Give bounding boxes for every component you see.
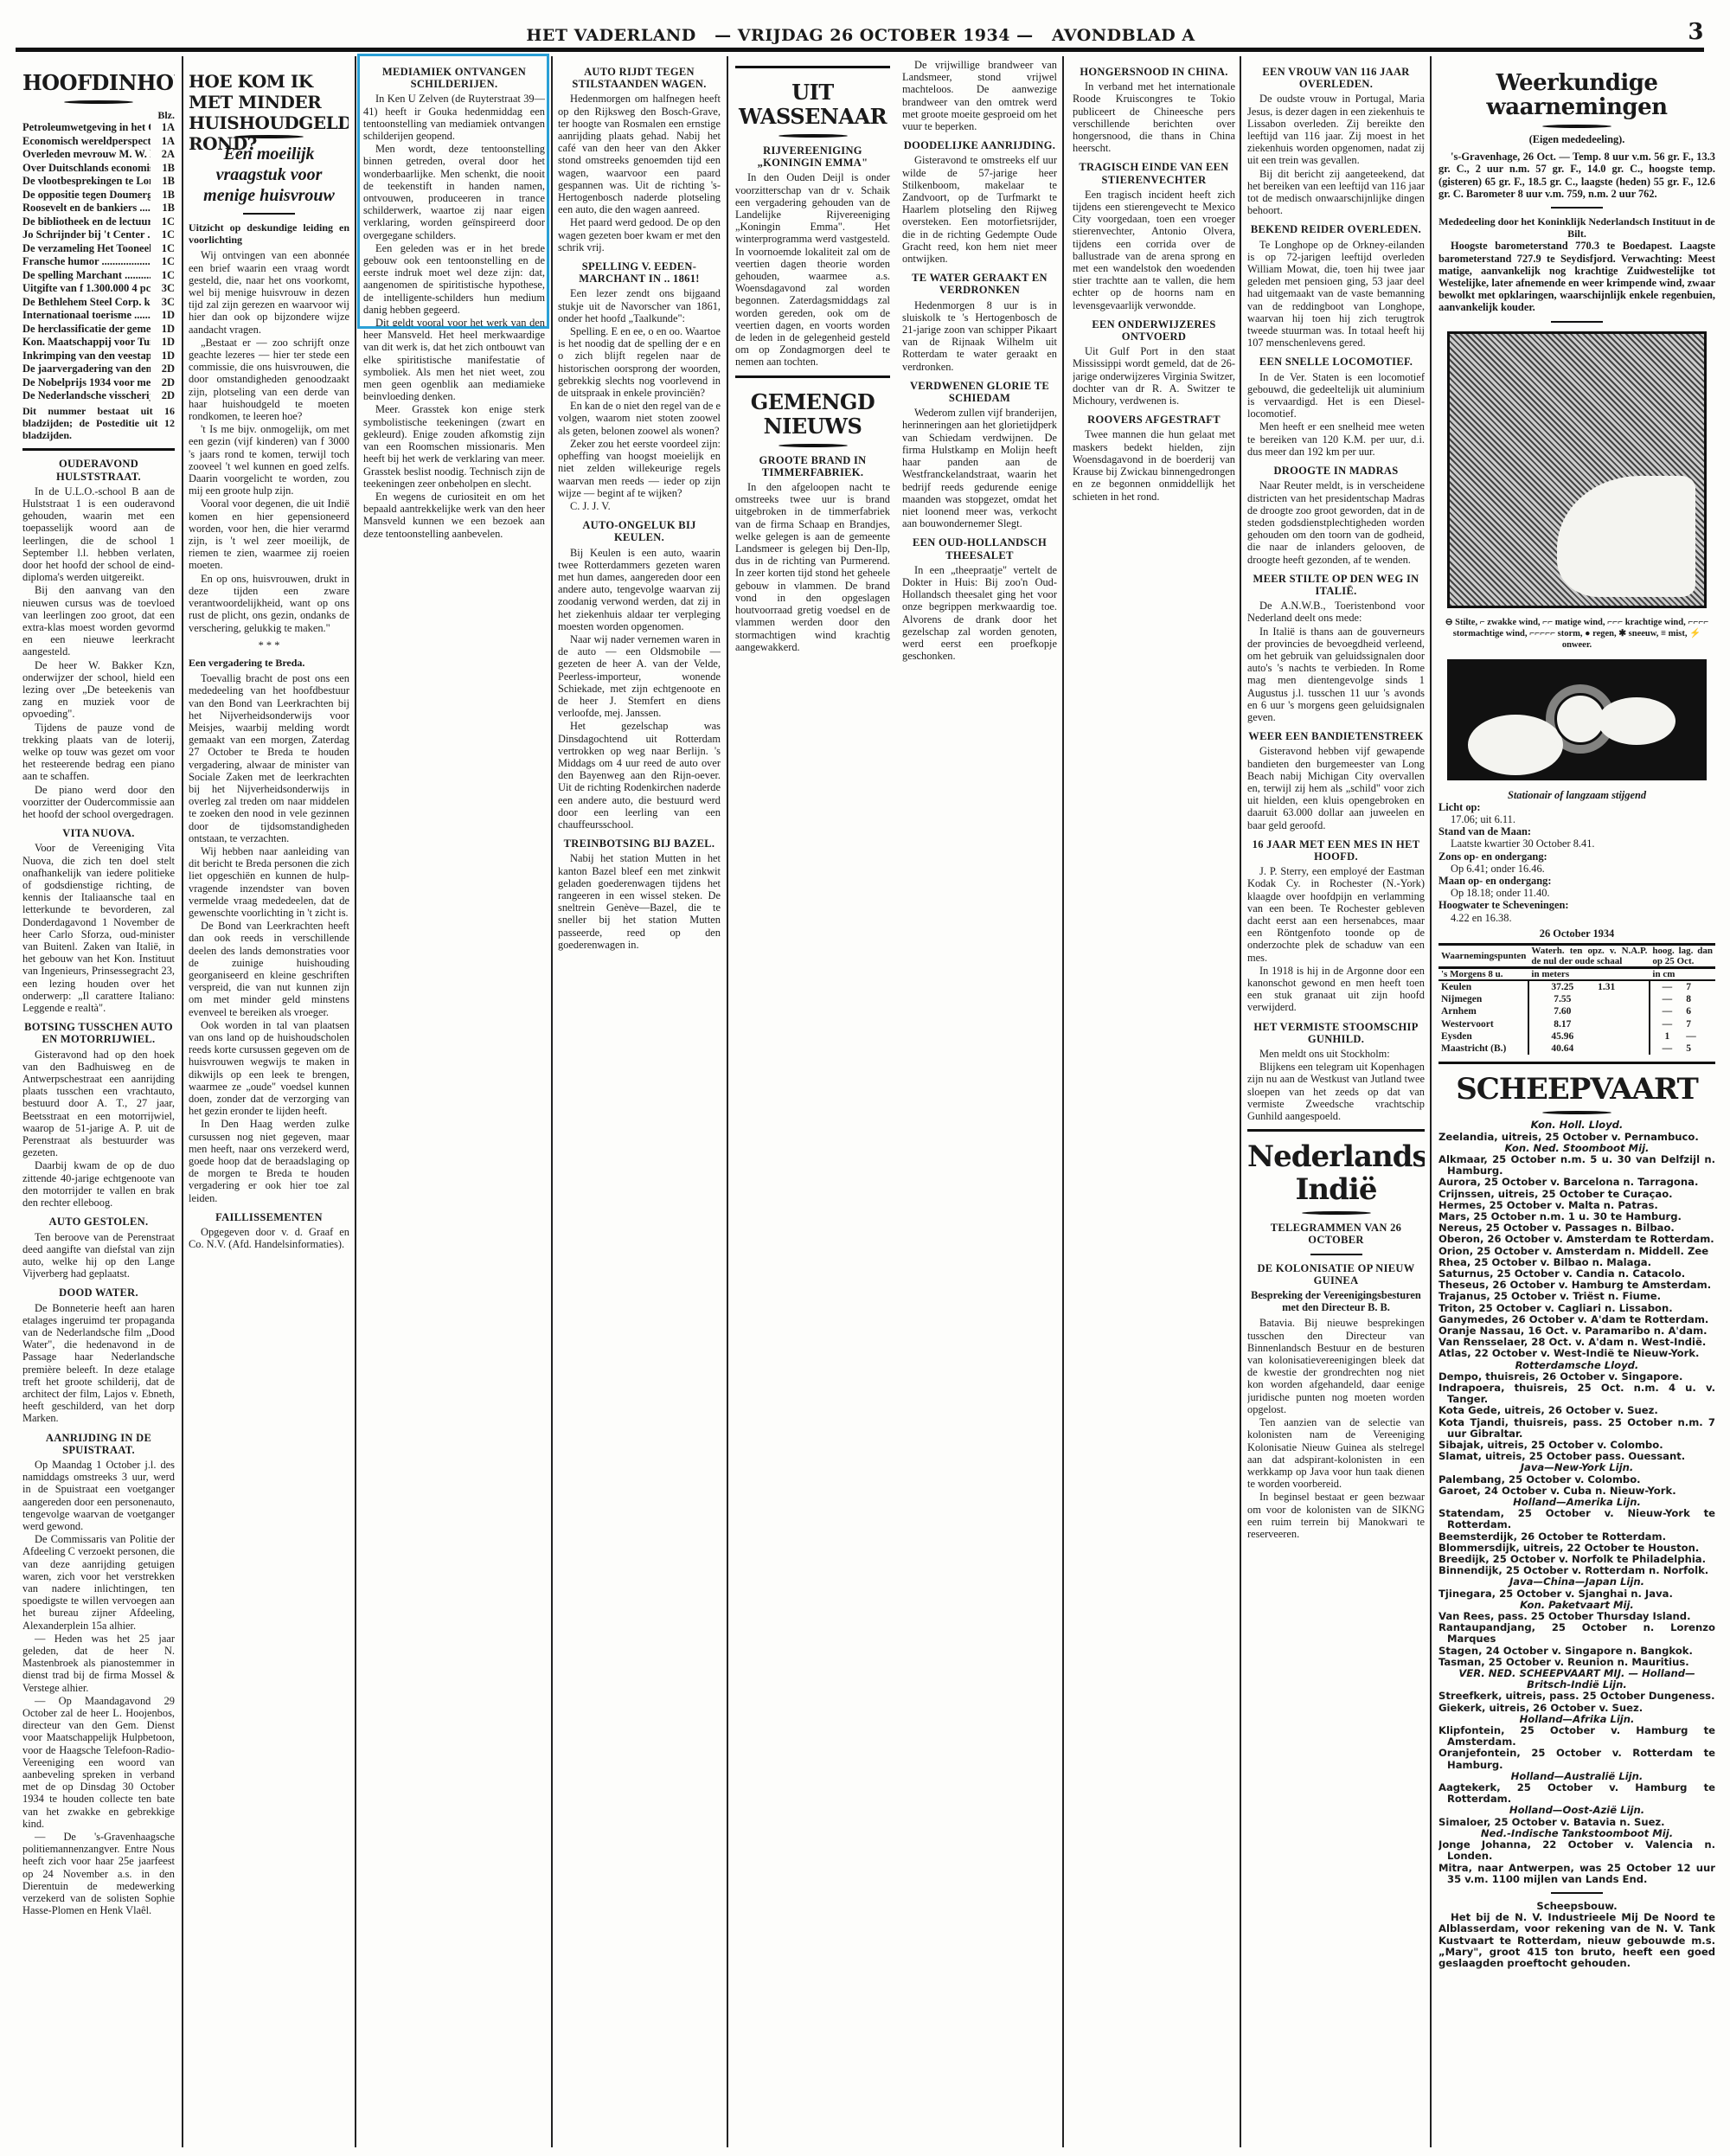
- ornament-rule: [1542, 1111, 1611, 1114]
- cell-oude: [1595, 993, 1650, 1005]
- divider: [735, 66, 890, 68]
- cell-place: Keulen: [1438, 980, 1528, 993]
- paragraph: Wij ontvingen van een abonnée een brief …: [189, 249, 349, 335]
- shipping-company: Holland—Oost-Azië Lijn.: [1438, 1805, 1715, 1816]
- toc-item-title: De bibliotheek en de lectuur van Gabriel…: [22, 215, 151, 229]
- toc-item-title: Jo Schrijnder bij 't Center: [22, 228, 151, 242]
- article-title: DROOGTE IN MADRAS: [1247, 465, 1425, 477]
- col-header: Waarnemingspunten: [1438, 945, 1528, 968]
- toc-item-page: 1C: [151, 228, 175, 242]
- paragraph: Naar wij nader vernemen waren in de auto…: [558, 633, 721, 719]
- shipping-item: Alkmaar, 25 October n.m. 5 u. 30 van Del…: [1438, 1154, 1715, 1177]
- toc-item-title: De oppositie tegen Doumergue: [22, 189, 151, 202]
- toc-item: De verzameling Het Tooneel Museum te Ams…: [22, 242, 175, 256]
- column-divider: [727, 56, 728, 2147]
- paragraph: Zeker zou het eerste voordeel zijn: ophe…: [558, 438, 721, 499]
- divider: [1247, 1129, 1425, 1132]
- paragraph: En wegens de curiositeit en om het bepaa…: [363, 491, 545, 540]
- paragraph: Bij Keulen is een auto, waarin twee Rott…: [558, 547, 721, 632]
- toc-item-page: 1D: [151, 350, 175, 363]
- toc-item: De Nederlandsche visscherijcentrale2D: [22, 389, 175, 403]
- toc-item-page: 1A: [151, 121, 175, 135]
- column-6: HONGERSNOOD IN CHINA.In verband met het …: [1073, 59, 1235, 2147]
- almanac-label: Maan op- en ondergang:: [1438, 875, 1715, 887]
- cell-nap: 7.55: [1528, 993, 1595, 1005]
- cell-place: Maastricht (B.): [1438, 1043, 1528, 1055]
- almanac-value: 17.06; uit 6.11.: [1438, 813, 1715, 825]
- ornament-rule: [1542, 125, 1611, 128]
- article-title: AUTO-ONGELUK BIJ KEULEN.: [558, 519, 721, 543]
- ornament-rule: [64, 100, 133, 104]
- ornament-rule: [234, 135, 304, 138]
- shipping-item: Giekerk, uitreis, 26 October v. Suez.: [1438, 1703, 1715, 1714]
- article-title: DOODELIJKE AANRIJDING.: [902, 139, 1057, 151]
- toc-item-title: De jaarvergadering van den Nederlandsche…: [22, 363, 151, 376]
- telegram-heading: TELEGRAMMEN VAN 26 OCTOBER: [1247, 1222, 1425, 1246]
- article-title: EEN SNELLE LOCOMOTIEF.: [1247, 356, 1425, 368]
- short-rule: [243, 213, 295, 215]
- cell-oude: [1595, 1018, 1650, 1030]
- toc-item: Overleden mevrouw M. W. H. Rutgers—Hoits…: [22, 148, 175, 162]
- almanac-label: Zons op- en ondergang:: [1438, 850, 1715, 863]
- toc-item: Over Duitschlands economische- en handel…: [22, 162, 175, 176]
- article-title: ROOVERS AFGESTRAFT: [1073, 414, 1235, 426]
- issue-date: — VRIJDAG 26 OCTOBER 1934 —: [714, 26, 1033, 45]
- paragraph: Men wordt, deze tentoonstelling binnen g…: [363, 143, 545, 241]
- toc-item-title: Overleden mevrouw M. W. H. Rutgers—Hoits…: [22, 148, 151, 162]
- article-title: GROOTE BRAND IN TIMMERFABRIEK.: [735, 454, 890, 478]
- toc-list: Petroleumwetgeving in het Oosten1AEconom…: [22, 121, 175, 403]
- article-title: MEDIAMIEK ONTVANGEN SCHILDERIJEN.: [363, 66, 545, 90]
- toc-item-page: 2D: [151, 376, 175, 390]
- paragraph: En op ons, huisvrouwen, drukt in deze ti…: [189, 573, 349, 634]
- shipping-item: Oranjefontein, 25 October v. Rotterdam t…: [1438, 1748, 1715, 1770]
- cell-hoog: 1: [1650, 1030, 1683, 1043]
- short-rule: [1551, 1892, 1603, 1894]
- section-title: GEMENGD NIEUWS: [735, 390, 890, 439]
- article-title: VERDWENEN GLORIE TE SCHIEDAM: [902, 380, 1057, 404]
- toc-item: De Nobelprijs 1934 voor medicijnen2D: [22, 376, 175, 390]
- toc-item-title: Economisch wereldperspectief: [22, 135, 151, 149]
- page-number: 3: [1688, 19, 1704, 45]
- column-weather: Weerkundige waarnemingen (Eigen mededeel…: [1438, 59, 1715, 2147]
- toc-item-page: 1C: [151, 242, 175, 256]
- article-title: EEN VROUW VAN 116 JAAR OVERLEDEN.: [1247, 66, 1425, 90]
- paragraph: In beginsel bestaat er geen bezwaar om v…: [1247, 1491, 1425, 1540]
- paragraph: — De 's-Gravenhaagsche politiemannenzang…: [22, 1831, 175, 1916]
- paragraph: Een lezer zendt ons bijgaand stukje uit …: [558, 287, 721, 324]
- knmi-title: Mededeeling door het Koninklijk Nederlan…: [1438, 215, 1715, 240]
- cell-oude: [1595, 1005, 1650, 1017]
- almanac-value: Laatste kwartier 30 October 8.41.: [1438, 837, 1715, 850]
- asterisks: * * *: [189, 639, 349, 651]
- cell-place: Arnhem: [1438, 1005, 1528, 1017]
- paragraph: De Commissaris van Politie der Afdeeling…: [22, 1533, 175, 1632]
- shipping-company: Rotterdamsche Lloyd.: [1438, 1360, 1715, 1371]
- cell-lag: 7: [1683, 980, 1715, 993]
- table-row: Arnhem7.60—6: [1438, 1005, 1715, 1017]
- toc-item-page: 1C: [151, 255, 175, 269]
- sub-header: 's Morgens 8 u.: [1438, 968, 1528, 981]
- paragraph: Op Maandag 1 October j.l. des namiddags …: [22, 1459, 175, 1532]
- paragraph: Bij den aanvang van den nieuwen cursus w…: [22, 584, 175, 658]
- column-7: EEN VROUW VAN 116 JAAR OVERLEDEN.De ouds…: [1247, 59, 1425, 2147]
- paragraph: Batavia. Bij nieuwe besprekingen tussche…: [1247, 1317, 1425, 1415]
- toc-item-title: Over Duitschlands economische- en handel…: [22, 162, 151, 176]
- knmi-forecast: Hoogste barometerstand 770.3 te Boedapes…: [1438, 240, 1715, 313]
- weather-map: [1447, 331, 1707, 608]
- divider: [1438, 1062, 1715, 1064]
- article-title: AUTO GESTOLEN.: [22, 1216, 175, 1228]
- cell-hoog: —: [1650, 1005, 1683, 1017]
- weather-report: 's-Gravenhage, 26 Oct. — Temp. 8 uur v.m…: [1438, 151, 1715, 200]
- short-rule: [1551, 321, 1603, 323]
- edition: AVONDBLAD A: [1052, 26, 1195, 45]
- article-title: VITA NUOVA.: [22, 827, 175, 839]
- weather-source: (Eigen mededeeling).: [1438, 133, 1715, 145]
- shipping-item: Triton, 25 October v. Cagliari n. Lissab…: [1438, 1303, 1715, 1314]
- paragraph: De Bonneterie heeft aan haren etalages i…: [22, 1302, 175, 1425]
- shipping-title: SCHEEPVAART: [1438, 1073, 1715, 1106]
- paragraph: De heer W. Bakker Kzn, onderwijzer der s…: [22, 659, 175, 721]
- sub-header: in cm: [1650, 968, 1715, 981]
- paragraph: Twee mannen die hun gelaat met maskers b…: [1073, 428, 1235, 502]
- article-title: TE WATER GERAAKT EN VERDRONKEN: [902, 272, 1057, 296]
- col7-articles: EEN VROUW VAN 116 JAAR OVERLEDEN.De ouds…: [1247, 66, 1425, 1540]
- shipping-item: Crijnssen, uitreis, 25 October te Curaça…: [1438, 1189, 1715, 1200]
- cell-hoog: —: [1650, 1018, 1683, 1030]
- weather-banner-illustration: [1447, 659, 1707, 780]
- divider: [735, 375, 890, 378]
- divider: [22, 448, 175, 451]
- cell-hoog: —: [1650, 1043, 1683, 1055]
- feature-subtitle: Een moeilijk vraagstuk voor menige huisv…: [189, 144, 349, 206]
- article-title: TREINBOTSING BIJ BAZEL.: [558, 837, 721, 850]
- article-title: DE KOLONISATIE OP NIEUW GUINEA: [1247, 1262, 1425, 1287]
- column-divider: [182, 56, 183, 2147]
- newspaper-name: HET VADERLAND: [526, 26, 695, 45]
- ornament-rule: [1302, 1211, 1371, 1215]
- toc-item-title: Roosevelt en de bankiers: [22, 202, 151, 215]
- paragraph: Dit geldt vooral voor het werk van den h…: [363, 317, 545, 402]
- toc-item-title: Inkrimping van den veestapel: [22, 350, 151, 363]
- toc-item-page: 1D: [151, 336, 175, 350]
- col5-articles: UIT WASSENAARRIJVEREENIGING „KONINGIN EM…: [735, 59, 1057, 662]
- toc-item: Jo Schrijnder bij 't Center1C: [22, 228, 175, 242]
- paragraph: Wederom zullen vijf branderijen, herinne…: [902, 407, 1057, 529]
- paragraph: De A.N.W.B., Toeristenbond voor Nederlan…: [1247, 600, 1425, 624]
- shipping-item: Zeelandia, uitreis, 25 October v. Pernam…: [1438, 1132, 1715, 1143]
- section-title: Nederlandsch-Indië: [1247, 1140, 1425, 1206]
- paragraph: In Ken U Zelven (de Ruyterstraat 39—41) …: [363, 93, 545, 142]
- water-level-table: Waarnemingspunten Waterh. ten opz. v. N.…: [1438, 943, 1715, 1055]
- cell-nap: 7.60: [1528, 1005, 1595, 1017]
- cell-lag: 6: [1683, 1005, 1715, 1017]
- shipping-item: Orion, 25 October v. Amsterdam n. Middel…: [1438, 1246, 1715, 1257]
- toc-item-page: 1C: [151, 215, 175, 229]
- shipping-item: Streefkerk, uitreis, pass. 25 October Du…: [1438, 1691, 1715, 1702]
- toc-item-title: De Nederlandsche visscherijcentrale: [22, 389, 151, 403]
- cell-nap: 45.96: [1528, 1030, 1595, 1043]
- shipping-item: Beemsterdijk, 26 October te Rotterdam.: [1438, 1531, 1715, 1543]
- toc-item: Internationaal toerisme1D: [22, 309, 175, 323]
- paragraph: In verband met het internationale Roode …: [1073, 80, 1235, 154]
- ornament-rule: [778, 444, 848, 447]
- toc-item-title: Fransche humor: [22, 255, 151, 269]
- paragraph: Gisteravond had op den hoek van den Badh…: [22, 1049, 175, 1159]
- paragraph: In 1918 is hij in de Argonne door een ka…: [1247, 965, 1425, 1014]
- cell-hoog: —: [1650, 980, 1683, 993]
- paragraph: Hedenmorgen om halfnegen heeft op den Ri…: [558, 93, 721, 215]
- paragraph: — Op Maandagavond 29 October zal de heer…: [22, 1695, 175, 1830]
- toc-item-page: 1C: [151, 269, 175, 283]
- almanac-value: Op 6.41; onder 16.46.: [1438, 863, 1715, 875]
- toc-item-page: 2A: [151, 148, 175, 162]
- shipping-company: Java—China—Japan Lijn.: [1438, 1576, 1715, 1588]
- article-title: AANRIJDING IN DE SPUISTRAAT.: [22, 1432, 175, 1456]
- toc-item: De spelling Marchant1C: [22, 269, 175, 283]
- section-heading: Uitzicht op deskundige leiding en voorli…: [189, 221, 349, 246]
- shipping-item: Indrapoera, thuisreis, 25 Oct. n.m. 4 u.…: [1438, 1383, 1715, 1405]
- cloud-icon: [1598, 697, 1676, 745]
- paragraph: Het paard werd gedood. De op den wagen g…: [558, 216, 721, 253]
- toc-item-page: 3C: [151, 282, 175, 296]
- toc-item-page: 1D: [151, 323, 175, 337]
- article-title: WEER EEN BANDIETENSTREEK: [1247, 730, 1425, 742]
- table-row: Maastricht (B.)40.64—5: [1438, 1043, 1715, 1055]
- toc-item-title: Uitgifte van f 1.300.000 4 pct obligatië…: [22, 282, 151, 296]
- column-5: UIT WASSENAARRIJVEREENIGING „KONINGIN EM…: [735, 59, 1057, 2147]
- cell-lag: 8: [1683, 993, 1715, 1005]
- water-rows: Keulen37.251.31—7Nijmegen7.55—8Arnhem7.6…: [1438, 980, 1715, 1055]
- toc-item: Economisch wereldperspectief1A: [22, 135, 175, 149]
- col3-articles: MEDIAMIEK ONTVANGEN SCHILDERIJEN.In Ken …: [363, 66, 545, 540]
- paragraph: Gisteravond te omstreeks elf uur wilde d…: [902, 154, 1057, 265]
- shipping-item: Rantaupandjang, 25 October n. Lorenzo Ma…: [1438, 1622, 1715, 1645]
- shipbuilding-notice: Het bij de N. V. Industrieele Mij De Noo…: [1438, 1912, 1715, 1969]
- shipping-item: Aurora, 25 October v. Barcelona n. Tarra…: [1438, 1177, 1715, 1188]
- shipping-item: Kota Tjandi, thuisreis, pass. 25 October…: [1438, 1417, 1715, 1440]
- paragraph: Wij hebben naar aanleiding van dit beric…: [189, 845, 349, 919]
- paragraph: Gisteravond hebben vijf gewapende bandie…: [1247, 745, 1425, 831]
- shipping-company: VER. NED. SCHEEPVAART MIJ. — Holland—Bri…: [1438, 1668, 1715, 1691]
- feature-body: Wij ontvingen van een abonnée een brief …: [189, 249, 349, 633]
- paragraph: In Den Haag werden zulke cursussen nog n…: [189, 1118, 349, 1203]
- col-header: hoog. lag. dan op 25 Oct.: [1650, 945, 1715, 968]
- paragraph: In een „theepraatje" vertelt de Dokter i…: [902, 564, 1057, 663]
- table-row: Eysden45.961—: [1438, 1030, 1715, 1043]
- toc-item: De herclassificatie der gemeenten1D: [22, 323, 175, 337]
- toc-item-page: 3C: [151, 296, 175, 310]
- barometer-trend: Stationair of langzaam stijgend: [1438, 789, 1715, 801]
- paragraph: In Italië is thans aan de gouverneurs de…: [1247, 626, 1425, 724]
- paragraph: Bij dit bericht zij aangeteekend, dat he…: [1247, 168, 1425, 217]
- shipping-item: Kota Gede, uitreis, 26 October v. Suez.: [1438, 1405, 1715, 1416]
- article-subtitle: Bespreking der Vereenigingsbesturen met …: [1247, 1289, 1425, 1313]
- paragraph: Nabij het station Mutten in het kanton B…: [558, 852, 721, 951]
- toc-item-title: Petroleumwetgeving in het Oosten: [22, 121, 151, 135]
- article-title: DOOD WATER.: [22, 1287, 175, 1299]
- cell-lag: 5: [1683, 1043, 1715, 1055]
- toc-item-title: De spelling Marchant: [22, 269, 151, 283]
- toc-item-page: 1B: [151, 202, 175, 215]
- short-rule: [1310, 1254, 1362, 1255]
- cell-place: Nijmegen: [1438, 993, 1528, 1005]
- toc-item-title: De herclassificatie der gemeenten: [22, 323, 151, 337]
- toc-footnote: Dit nummer bestaat uit 16 bladzijden; de…: [22, 405, 175, 442]
- shipping-item: Atlas, 22 October v. West-Indië te Nieuw…: [1438, 1348, 1715, 1359]
- almanac-value: 4.22 en 16.38.: [1438, 912, 1715, 924]
- shipping-item: Trajanus, 25 October v. Triëst n. Fiume.: [1438, 1291, 1715, 1302]
- toc-item: De Bethlehem Steel Corp. keert geen divi…: [22, 296, 175, 310]
- col1-articles: OUDERAVOND HULSTSTRAAT.In de U.L.O.-scho…: [22, 458, 175, 1916]
- shipping-item: Palembang, 25 October v. Colombo.: [1438, 1474, 1715, 1485]
- col-header: Waterh. ten opz. v. N.A.P. de nul der ou…: [1528, 945, 1650, 968]
- paragraph: 't Is me bijv. onmogelijk, om met een ge…: [189, 423, 349, 497]
- article-title: SPELLING V. EEDEN-MARCHANT IN .. 1861!: [558, 260, 721, 285]
- article-title: MEER STILTE OP DEN WEG IN ITALIË.: [1247, 573, 1425, 597]
- shipping-item: Tjinegara, 25 October v. Sjanghai n. Jav…: [1438, 1588, 1715, 1600]
- table-row: Nijmegen7.55—8: [1438, 993, 1715, 1005]
- toc-item: Roosevelt en de bankiers1B: [22, 202, 175, 215]
- article-title: BEKEND REIDER OVERLEDEN.: [1247, 223, 1425, 235]
- toc-page-label: Blz.: [22, 109, 175, 121]
- ornament-rule: [778, 134, 848, 138]
- paragraph: Ten beroove van de Perenstraat deed aang…: [22, 1231, 175, 1280]
- paragraph: De vrijwillige brandweer van Landsmeer, …: [902, 59, 1057, 132]
- feature-body-2: Toevallig bracht de post ons een mededee…: [189, 672, 349, 1204]
- toc-title: HOOFDINHOUD: [22, 71, 175, 95]
- short-rule: [1551, 207, 1603, 209]
- paragraph: Te Longhope op de Orkney-eilanden is op …: [1247, 239, 1425, 350]
- paragraph: Het gezelschap was Dinsdagochtend uit Ro…: [558, 720, 721, 831]
- article-title: OUDERAVOND HULSTSTRAAT.: [22, 458, 175, 482]
- toc-item: Kon. Maatschappij voor Tuinbouw en Plant…: [22, 336, 175, 350]
- article-title: EEN OUD-HOLLANDSCH THEESALET: [902, 536, 1057, 561]
- paragraph: De piano werd door den voorzitter der Ou…: [22, 784, 175, 821]
- paragraph: Tijdens de pauze vond de trekking plaats…: [22, 722, 175, 783]
- cell-lag: —: [1683, 1030, 1715, 1043]
- article-title: AUTO RIJDT TEGEN STILSTAANDEN WAGEN.: [558, 66, 721, 90]
- section-heading: Een vergadering te Breda.: [189, 657, 349, 669]
- shipping-item: Rhea, 25 October v. Bilbao n. Malaga.: [1438, 1257, 1715, 1268]
- toc-item-title: De Bethlehem Steel Corp. keert geen divi…: [22, 296, 151, 310]
- paragraph: „Bestaat er — zoo schrijft onze geachte …: [189, 337, 349, 422]
- toc-item-page: 1B: [151, 162, 175, 176]
- shipping-item: Hermes, 25 October v. Malta n. Patras.: [1438, 1200, 1715, 1211]
- column-divider: [551, 56, 553, 2147]
- shipping-item: Simaloer, 25 October v. Batavia n. Suez.: [1438, 1817, 1715, 1828]
- weather-legend: ⊖ Stilte, ⌐ zwakke wind, ⌐⌐ matige wind,…: [1438, 617, 1715, 651]
- toc-item-page: 1D: [151, 309, 175, 323]
- paragraph: In den Ouden Deijl is onder voorzittersc…: [735, 171, 890, 368]
- article-title: BOTSING TUSSCHEN AUTO EN MOTORRIJWIEL.: [22, 1021, 175, 1045]
- cell-oude: [1595, 1030, 1650, 1043]
- paragraph: En kan de o niet den regel van de e volg…: [558, 400, 721, 437]
- cell-nap: 8.17: [1528, 1018, 1595, 1030]
- paragraph: — Heden was het 25 jaar geleden, dat de …: [22, 1633, 175, 1694]
- paragraph: Vooral voor degenen, die uit Indië komen…: [189, 497, 349, 571]
- cell-hoog: —: [1650, 993, 1683, 1005]
- cell-oude: 1.31: [1595, 980, 1650, 993]
- table-row: Westervoort8.17—7: [1438, 1018, 1715, 1030]
- toc-item-title: De vlootbesprekingen te Londen: [22, 175, 151, 189]
- paragraph: Een geleden was er in het brede gebouw o…: [363, 242, 545, 316]
- cloud-icon: [1468, 715, 1563, 775]
- section-heading: FAILLISSEMENTEN: [189, 1211, 349, 1223]
- paragraph: Een tragisch incident heeft zich tijdens…: [1073, 189, 1235, 311]
- toc-item: Fransche humor1C: [22, 255, 175, 269]
- paragraph: De oudste vrouw in Portugal, Maria Jesus…: [1247, 93, 1425, 166]
- cell-nap: 40.64: [1528, 1043, 1595, 1055]
- article-title: RIJVEREENIGING „KONINGIN EMMA": [735, 144, 890, 169]
- paragraph: Meer. Grasstek kon enige sterk symbolist…: [363, 403, 545, 489]
- article-title: EEN ONDERWIJZERES ONTVOERD: [1073, 318, 1235, 343]
- shipping-company: Kon. Holl. Lloyd.: [1438, 1120, 1715, 1131]
- shipping-item: Mitra, naar Antwerpen, was 25 October 12…: [1438, 1863, 1715, 1885]
- section-title: UIT WASSENAAR: [735, 80, 890, 129]
- column-2: Een moeilijk vraagstuk voor menige huisv…: [189, 130, 349, 2147]
- shipping-item: Statendam, 25 October v. Nieuw-York te R…: [1438, 1508, 1715, 1530]
- paragraph: Blijkens een telegram uit Kopenhagen zij…: [1247, 1061, 1425, 1122]
- toc-item-title: De Nobelprijs 1934 voor medicijnen: [22, 376, 151, 390]
- paragraph: Voor de Vereeniging Vita Nuova, die zich…: [22, 842, 175, 1014]
- paragraph: C. J. J. V.: [558, 500, 721, 512]
- table-row: Keulen37.251.31—7: [1438, 980, 1715, 993]
- paragraph: Toevallig bracht de post ons een mededee…: [189, 672, 349, 844]
- col6-articles: HONGERSNOOD IN CHINA.In verband met het …: [1073, 66, 1235, 503]
- column-divider: [1240, 56, 1241, 2147]
- toc-item-title: Kon. Maatschappij voor Tuinbouw en Plant…: [22, 336, 151, 350]
- almanac-label: Licht op:: [1438, 801, 1715, 813]
- toc-item: Inkrimping van den veestapel1D: [22, 350, 175, 363]
- toc-item-page: 1A: [151, 135, 175, 149]
- paragraph: J. P. Sterry, een employé der Eastman Ko…: [1247, 865, 1425, 964]
- column-1: HOOFDINHOUD Blz. Petroleumwetgeving in h…: [22, 59, 175, 2147]
- almanac: Licht op:17.06; uit 6.11.Stand van de Ma…: [1438, 801, 1715, 924]
- toc-item-page: 2D: [151, 389, 175, 403]
- shipping-item: Jonge Johanna, 22 October v. Valencia n.…: [1438, 1839, 1715, 1862]
- top-rule: [16, 48, 1704, 52]
- column-divider: [1430, 56, 1432, 2147]
- col4-articles: AUTO RIJDT TEGEN STILSTAANDEN WAGEN.Hede…: [558, 66, 721, 951]
- almanac-date: 26 October 1934: [1438, 927, 1715, 940]
- cell-lag: 7: [1683, 1018, 1715, 1030]
- article-title: TRAGISCH EINDE VAN EEN STIERENVECHTER: [1073, 161, 1235, 185]
- weather-title: Weerkundige waarnemingen: [1438, 71, 1715, 119]
- paragraph: Men meldt ons uit Stockholm:: [1247, 1048, 1425, 1060]
- toc-item: De vlootbesprekingen te Londen1B: [22, 175, 175, 189]
- toc-item: Uitgifte van f 1.300.000 4 pct obligatië…: [22, 282, 175, 296]
- shipping-list: Kon. Holl. Lloyd.Zeelandia, uitreis, 25 …: [1438, 1120, 1715, 1885]
- paragraph: In de U.L.O.-school B aan de Hulststraat…: [22, 485, 175, 584]
- shipping-company: Java—New-York Lijn.: [1438, 1462, 1715, 1473]
- weather-map-sea: [1557, 476, 1695, 597]
- paragraph: Men heeft er een snelheid mee weten te b…: [1247, 420, 1425, 458]
- paragraph: Ook worden in tal van plaatsen van ons l…: [189, 1019, 349, 1118]
- paragraph: In den afgeloopen nacht te omstreeks twe…: [735, 481, 890, 653]
- column-divider: [1062, 56, 1064, 2147]
- paragraph: Ten aanzien van de selectie van kolonist…: [1247, 1416, 1425, 1490]
- paragraph: Spelling. E en ee, o en oo. Waartoe is h…: [558, 325, 721, 399]
- toc-item-page: 1B: [151, 189, 175, 202]
- paragraph: Hedenmorgen 8 uur is in sluiskolk te 's …: [902, 299, 1057, 373]
- shipping-item: Oberon, 26 October v. Amsterdam te Rotte…: [1438, 1234, 1715, 1245]
- shipping-company: Kon. Ned. Stoomboot Mij.: [1438, 1143, 1715, 1154]
- toc-item-title: De verzameling Het Tooneel Museum te Ams…: [22, 242, 151, 256]
- paragraph: Naar Reuter meldt, is in verscheidene di…: [1247, 479, 1425, 565]
- article-title: HONGERSNOOD IN CHINA.: [1073, 66, 1235, 78]
